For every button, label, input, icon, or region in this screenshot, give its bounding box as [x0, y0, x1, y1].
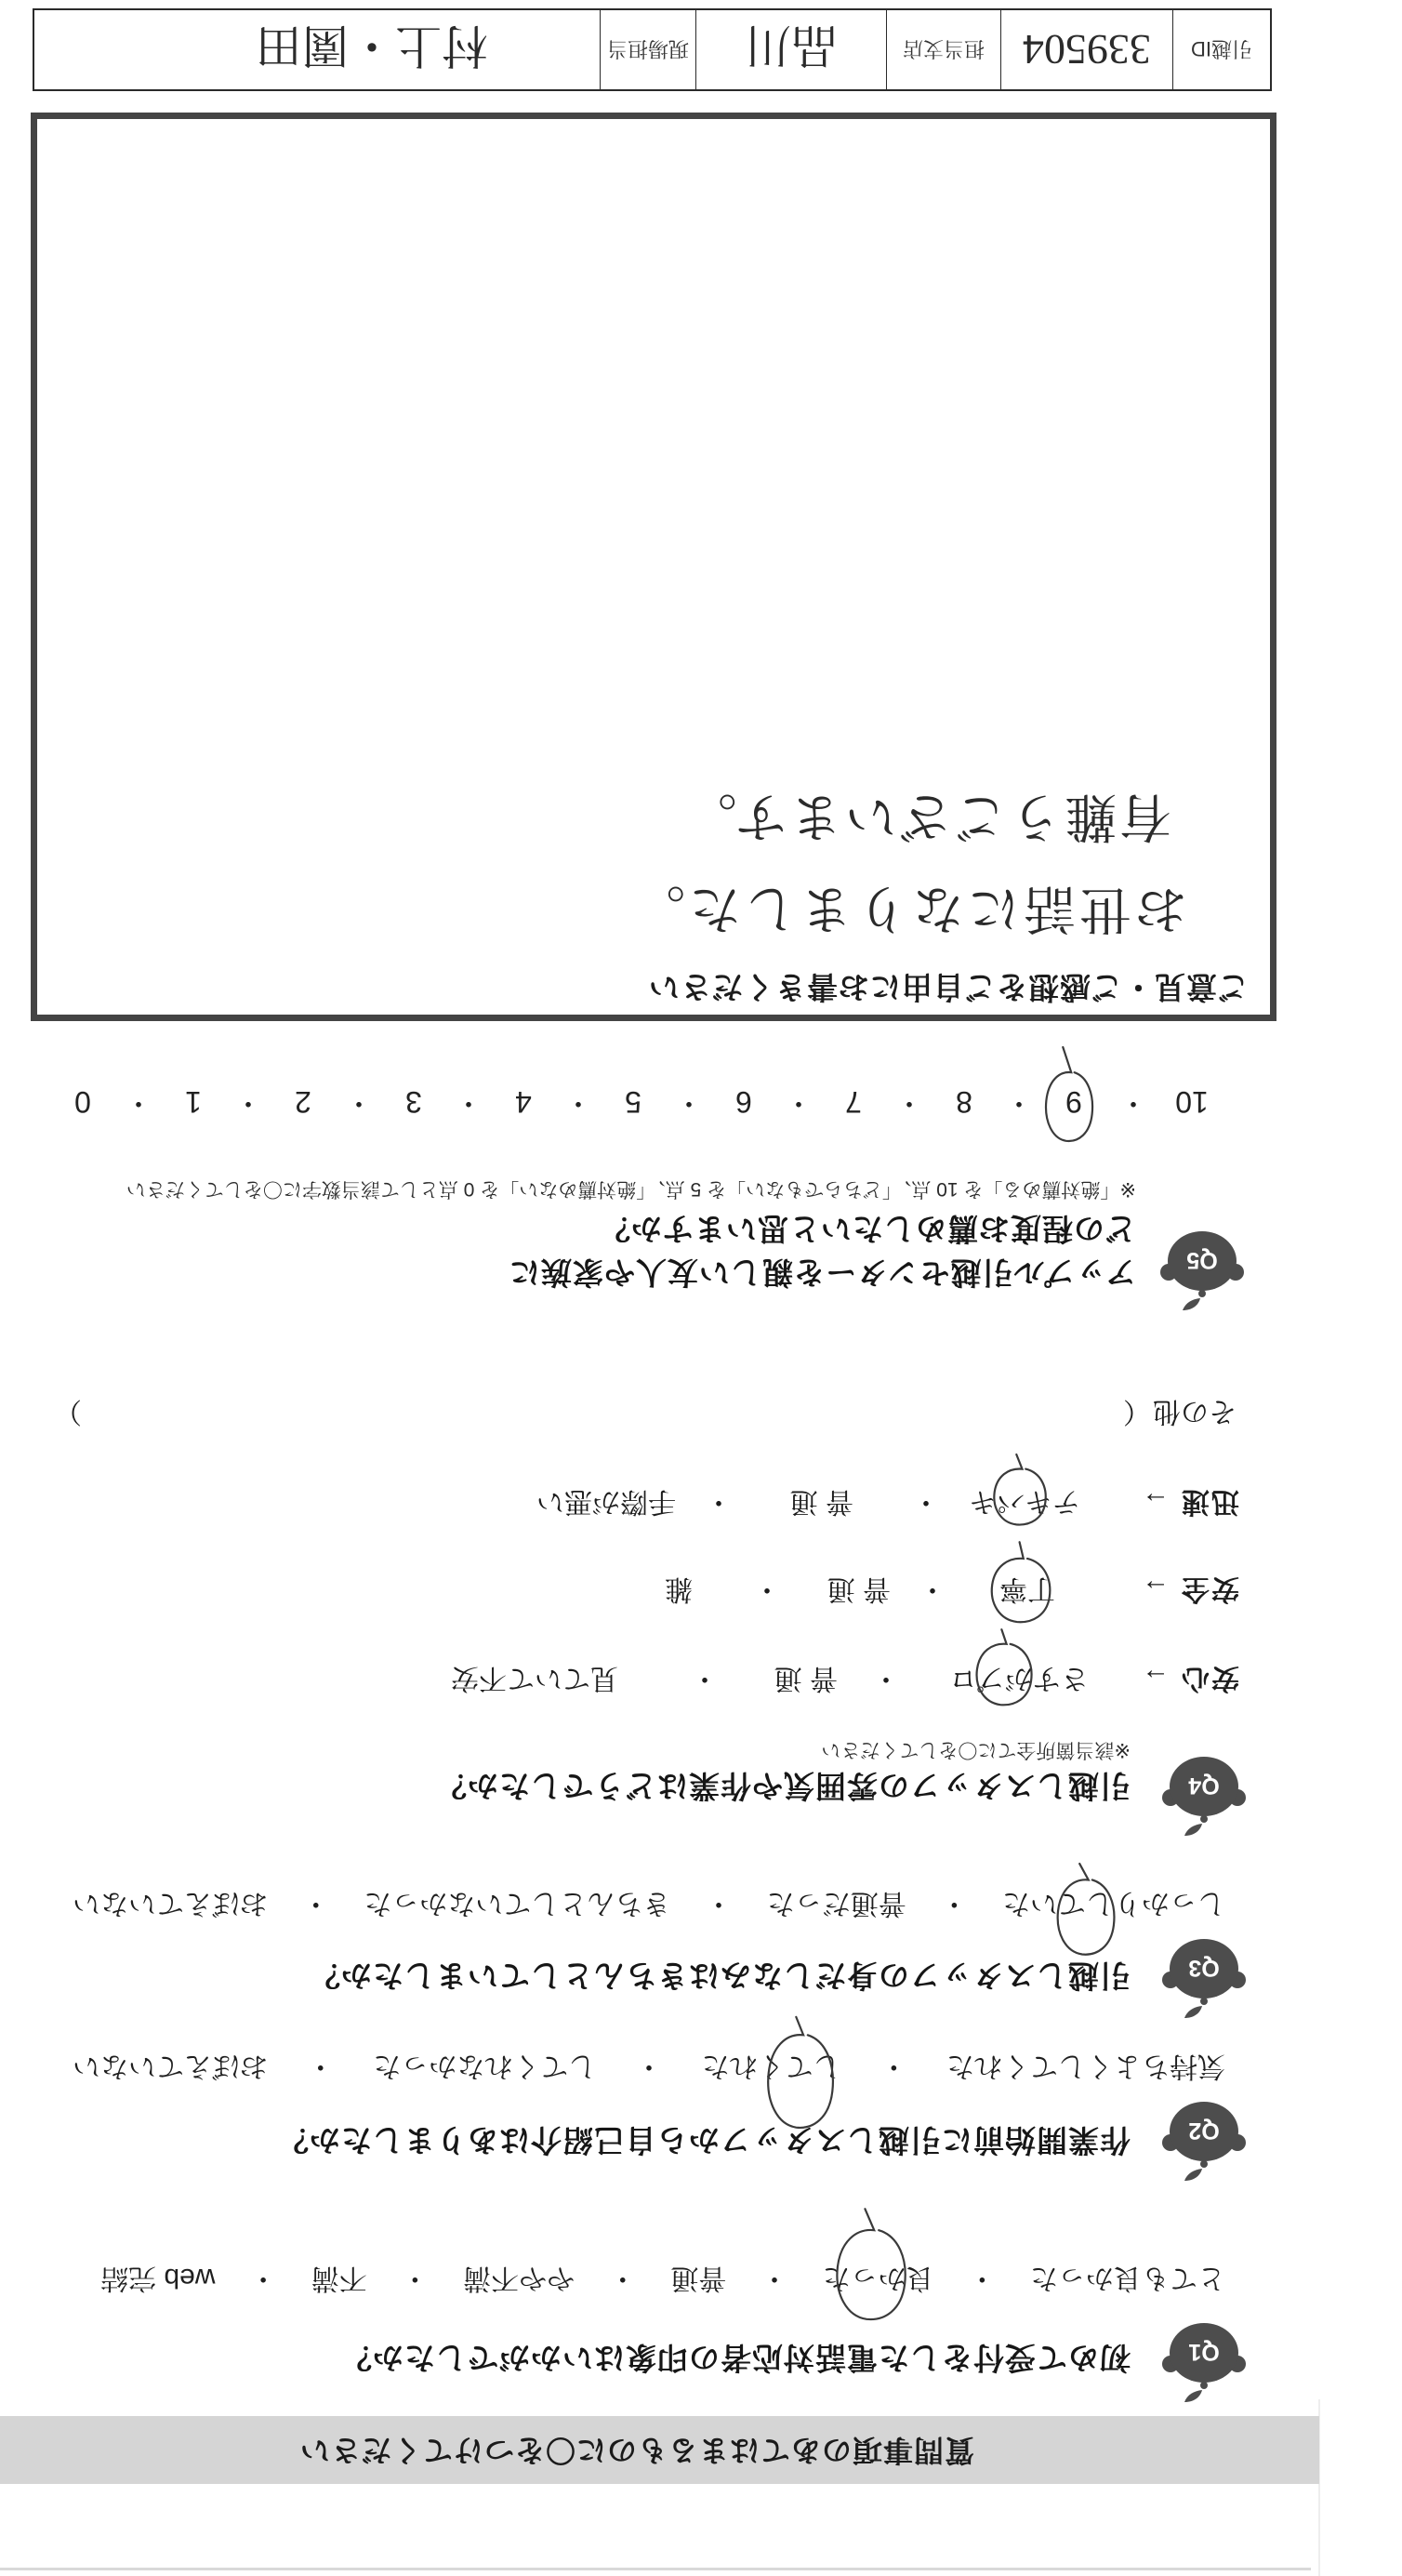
q3-options: しっかりしていた ・ 普通だった ・ きちんとしていなかった ・ おぼえていない [73, 1887, 1225, 1919]
q3-option: きちんとしていなかった [364, 1887, 670, 1919]
q1-option: やや不満 [463, 2262, 575, 2293]
separator-dot: ・ [895, 1085, 923, 1119]
svg-text:Q4: Q4 [1188, 1773, 1219, 1799]
apple-q5-badge-icon: Q5 [1160, 1228, 1244, 1311]
hand-drawn-circle-score [1043, 1069, 1095, 1144]
svg-text:Q1: Q1 [1188, 2339, 1219, 2365]
comment-box-header: ご意見・ご感想をご自由にお書きください [648, 968, 1249, 1005]
score-option: 5 [625, 1085, 641, 1119]
open-paren: （ [1123, 1395, 1151, 1427]
scanned-questionnaire-page: 質問事項のあてはまるものに〇をつけてください Q1 初めて受付をした電話対応者の… [0, 0, 1402, 2576]
score-option: 1 [185, 1085, 202, 1119]
q4-other-row: その他 （ ） [0, 1395, 1402, 1427]
branch-label: 担当支店 [903, 35, 985, 64]
arrow-right-icon: → [1142, 1485, 1170, 1517]
q4-option: 普 通 [827, 1573, 891, 1604]
separator-dot: ・ [1119, 1085, 1147, 1119]
separator-dot: ・ [940, 1887, 968, 1919]
q4-row-anzen: 安全 → 丁寧 ・ 普 通 ・ 雑 [0, 1573, 1402, 1604]
hand-drawn-circle-q1 [833, 2226, 909, 2323]
branch-value-cell: 品川 [695, 10, 886, 89]
score-option: 4 [515, 1085, 532, 1119]
q4-question-text: 引越しスタッフの雰囲気や作業はどうでしたか？ [435, 1767, 1131, 1804]
q4-option: 雑 [665, 1573, 693, 1604]
separator-dot: ・ [302, 1887, 330, 1919]
svg-text:Q3: Q3 [1188, 1955, 1219, 1981]
q3-question-text: 引越しスタッフの身だしなみはきちんとしていましたか？ [309, 1957, 1131, 1994]
score-option: 10 [1175, 1085, 1209, 1119]
q2-question-text: 作業開始前に引越しスタッフから自己紹介はありましたか？ [277, 2121, 1131, 2158]
move-id-value: 339504 [1023, 25, 1151, 74]
q1-question-text: 初めて受付をした電話対応者の印象はいかがでしたか？ [340, 2339, 1131, 2376]
q5-question-text-line2: どの程度お薦めしたいと思いますか？ [599, 1210, 1136, 1247]
site-staff-value-cell: 村上・園田 [34, 10, 600, 89]
separator-dot: ・ [125, 1085, 152, 1119]
apple-q1-badge-icon: Q1 [1162, 2319, 1246, 2403]
svg-text:Q5: Q5 [1186, 1247, 1217, 1273]
instruction-banner: 質問事項のあてはまるものに〇をつけてください [0, 2416, 1319, 2484]
branch-label-cell: 担当支店 [886, 10, 1000, 89]
q5-note: ※「絶対薦める」を 10 点、「どちらでもない」を 5 点、「絶対薦めない」を … [126, 1177, 1136, 1200]
q4-row-label: 迅速 [1180, 1485, 1239, 1517]
q5-question-text-line1: アップル引越センターを親しい友人や家族に [509, 1254, 1136, 1291]
separator-dot: ・ [635, 2050, 663, 2081]
separator-dot: ・ [675, 1085, 703, 1119]
separator-dot: ・ [705, 1887, 733, 1919]
score-option: 3 [405, 1085, 422, 1119]
separator-dot: ・ [691, 1662, 719, 1693]
move-id-value-cell: 339504 [1000, 10, 1172, 89]
apple-q3-badge-icon: Q3 [1162, 1935, 1246, 2019]
q4-option: 普 通 [790, 1485, 853, 1517]
separator-dot: ・ [455, 1085, 483, 1119]
score-option: 7 [845, 1085, 862, 1119]
q4-row-label: 安心 [1180, 1662, 1239, 1693]
svg-text:Q2: Q2 [1188, 2118, 1219, 2144]
separator-dot: ・ [785, 1085, 813, 1119]
arrow-right-icon: → [1142, 1573, 1170, 1604]
branch-value: 品川 [745, 17, 838, 84]
q1-option: 普通 [670, 2262, 726, 2293]
separator-dot: ・ [234, 1085, 262, 1119]
separator-dot: ・ [912, 1485, 940, 1517]
q4-option: 手際が悪い [536, 1485, 676, 1517]
arrow-right-icon: → [1142, 1662, 1170, 1693]
q4-row-label: 安全 [1180, 1573, 1239, 1604]
score-option: 2 [295, 1085, 311, 1119]
close-paren: ） [54, 1395, 82, 1427]
separator-dot: ・ [753, 1573, 781, 1604]
separator-dot: ・ [968, 2262, 996, 2293]
site-staff-value: 村上・園田 [256, 17, 488, 84]
q2-option: してくれなかった [373, 2050, 596, 2081]
q2-options: 気持ちよくしてくれた ・ してくれた ・ してくれなかった ・ おぼえていない [73, 2050, 1225, 2081]
q1-options: とても良かった ・ 良かった ・ 普通 ・ やや不満 ・ 不満 ・ web 完結 [100, 2262, 1225, 2293]
hand-drawn-circle-q3 [1054, 1877, 1118, 1958]
separator-dot: ・ [919, 1573, 946, 1604]
score-option: 6 [735, 1085, 752, 1119]
handwritten-comment-line: 有難うございます。 [681, 783, 1171, 848]
hand-drawn-circle-anshin [973, 1641, 1035, 1707]
q4-option: 普 通 [774, 1662, 838, 1693]
separator-dot: ・ [705, 1485, 733, 1517]
hand-drawn-circle-q2 [764, 2031, 837, 2131]
hand-drawn-circle-jinsoku [991, 1467, 1049, 1527]
q4-row-jinsoku: 迅速 → テキパキ ・ 普 通 ・ 手際が悪い [0, 1485, 1402, 1517]
q4-note: ※該当箇所全てに〇をしてください [821, 1738, 1131, 1760]
separator-dot: ・ [872, 1662, 900, 1693]
separator-dot: ・ [401, 2262, 429, 2293]
separator-dot: ・ [761, 2262, 788, 2293]
hand-drawn-circle-anzen [988, 1556, 1053, 1625]
score-option: 0 [74, 1085, 91, 1119]
separator-dot: ・ [880, 2050, 907, 2081]
scan-edge-line [0, 2568, 1311, 2570]
header-info-table: 引越ID 339504 担当支店 品川 現場担当 村上・園田 [33, 8, 1272, 91]
move-id-label: 引越ID [1191, 35, 1252, 64]
q4-option: 見ていて不安 [451, 1662, 618, 1693]
score-option: 8 [956, 1085, 972, 1119]
site-staff-label: 現場担当 [607, 35, 689, 64]
separator-dot: ・ [564, 1085, 592, 1119]
q2-option: 気持ちよくしてくれた [946, 2050, 1225, 2081]
q1-option: 不満 [311, 2262, 367, 2293]
apple-q4-badge-icon: Q4 [1162, 1753, 1246, 1837]
q3-option: 普通だった [767, 1887, 906, 1919]
handwritten-comment-line: お世話になりました。 [629, 875, 1187, 940]
instruction-text: 質問事項のあてはまるものに〇をつけてください [299, 2432, 974, 2469]
q4-row-anshin: 安心 → さすがプロ ・ 普 通 ・ 見ていて不安 [0, 1662, 1402, 1693]
separator-dot: ・ [609, 2262, 637, 2293]
q2-option: おぼえていない [73, 2050, 268, 2081]
q4-other-label: その他 [1153, 1395, 1237, 1427]
site-staff-label-cell: 現場担当 [600, 10, 695, 89]
q1-option: web 完結 [100, 2262, 215, 2293]
q3-option: おぼえていない [73, 1887, 268, 1919]
separator-dot: ・ [249, 2262, 277, 2293]
q1-option: とても良かった [1030, 2262, 1225, 2293]
separator-dot: ・ [307, 2050, 335, 2081]
separator-dot: ・ [345, 1085, 373, 1119]
move-id-label-cell: 引越ID [1172, 10, 1270, 89]
apple-q2-badge-icon: Q2 [1162, 2098, 1246, 2182]
separator-dot: ・ [1005, 1085, 1033, 1119]
